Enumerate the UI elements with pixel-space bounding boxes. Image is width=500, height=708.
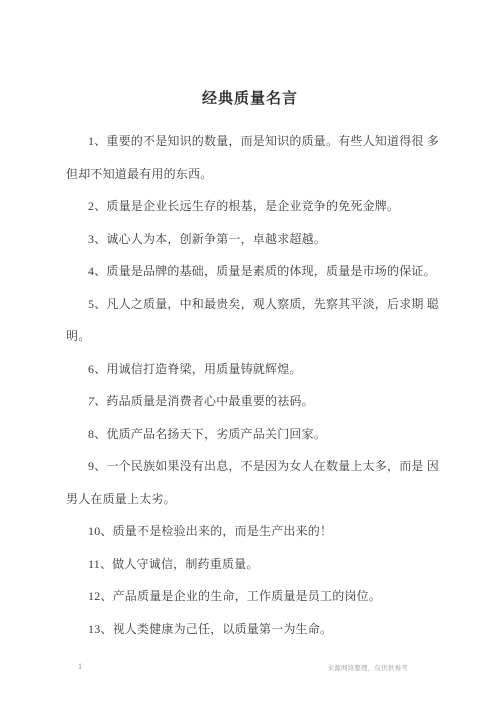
document-page: 经典质量名言 1、重要的不是知识的数量，而是知识的质量。有些人知道得很 多，但却… bbox=[0, 0, 500, 708]
document-footer: 1 来源网络整理，仅供供参考 bbox=[0, 660, 500, 674]
quote-line-wrap: 男人在质量上太劣。 bbox=[66, 483, 440, 516]
quote-line-wrap: 明。 bbox=[66, 320, 440, 353]
quote-line-start: 3、诚心人为本，创新争第一，卓越求超越。 bbox=[66, 223, 440, 256]
quote-line-wrap: 但却不知道最有用的东西。 bbox=[66, 158, 440, 191]
quote-line-start: 9、一个民族如果没有出息，不是因为女人在数量上太多，而是 因为 bbox=[66, 450, 440, 483]
document-title: 经典质量名言 bbox=[0, 87, 500, 108]
quote-line-start: 10、质量不是检验出来的，而是生产出来的！ bbox=[66, 515, 440, 548]
quote-line-start: 11、做人守诚信，制药重质量。 bbox=[66, 548, 440, 581]
quote-line-start: 12、产品质量是企业的生命，工作质量是员工的岗位。 bbox=[66, 580, 440, 613]
quote-line-start: 6、用诚信打造脊梁，用质量铸就辉煌。 bbox=[66, 353, 440, 386]
document-body: 1、重要的不是知识的数量，而是知识的质量。有些人知道得很 多，但却不知道最有用的… bbox=[66, 125, 440, 645]
quote-line-start: 5、凡人之质量，中和最贵矣，观人察质，先察其平淡，后求期 聪 bbox=[66, 288, 440, 321]
quote-line-start: 8、优质产品名扬天下，劣质产品关门回家。 bbox=[66, 418, 440, 451]
quote-line-start: 2、质量是企业长远生存的根基，是企业竞争的免死金牌。 bbox=[66, 190, 440, 223]
quote-line-start: 7、药品质量是消费者心中最重要的祛码。 bbox=[66, 385, 440, 418]
quote-line-start: 4、质量是品牌的基础，质量是素质的体现，质量是市场的保证。 bbox=[66, 255, 440, 288]
quote-line-start: 1、重要的不是知识的数量，而是知识的质量。有些人知道得很 多， bbox=[66, 125, 440, 158]
page-number: 1 bbox=[78, 662, 82, 671]
quote-line-start: 13、视人类健康为己任，以质量第一为生命。 bbox=[66, 613, 440, 646]
footer-source-note: 来源网络整理，仅供供参考 bbox=[328, 663, 408, 672]
